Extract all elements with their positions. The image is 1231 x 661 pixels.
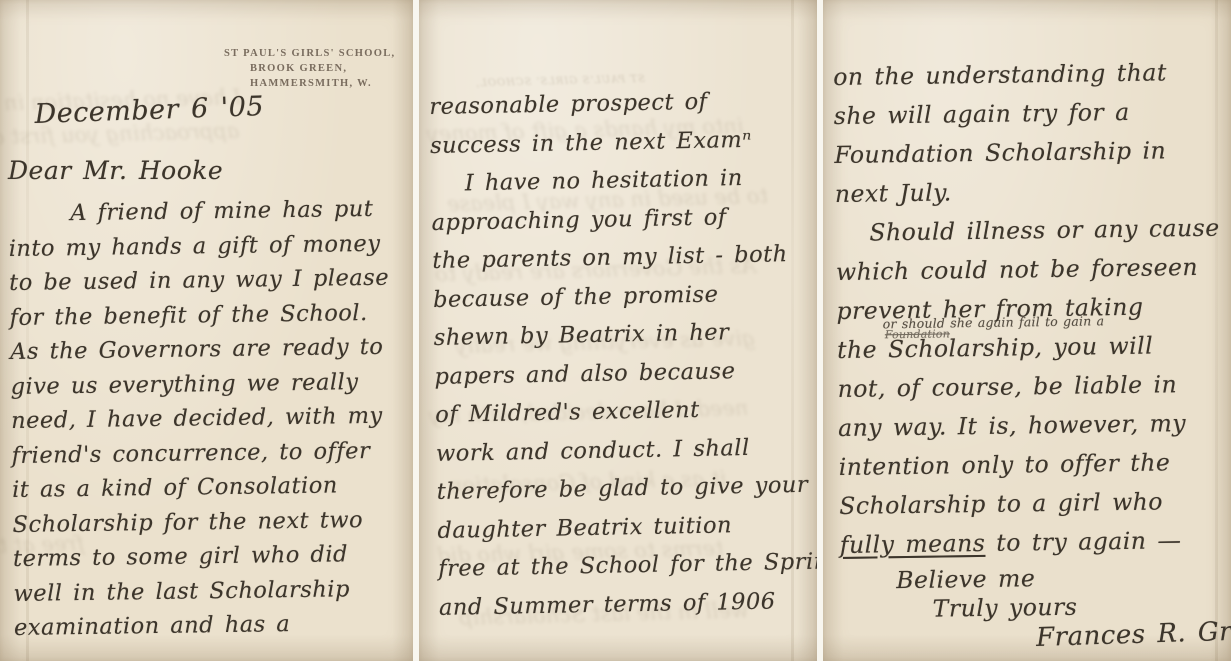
handwritten-line: into my hands a gift of money <box>8 226 413 266</box>
handwritten-line: terms to some girl who did <box>13 536 413 576</box>
struck-word: Foundation <box>885 328 950 341</box>
handwritten-line: Scholarship for the next two <box>12 502 413 542</box>
underline-rest: to try again — <box>985 526 1182 557</box>
handwritten-line: well in the last Scholarship <box>13 571 413 611</box>
page3-body: on the understanding that she will again… <box>833 52 1231 653</box>
closing-line: Believe me <box>896 561 1231 595</box>
handwritten-line: Scholarship to a girl who <box>839 481 1231 526</box>
date-line: December 6 '05 <box>34 86 413 130</box>
handwritten-line: and Summer terms of 1906 <box>439 581 817 627</box>
handwritten-line: A friend of mine has put <box>8 191 413 231</box>
handwritten-line: for the benefit of the School. <box>9 295 413 335</box>
handwritten-line: examination and has a <box>14 605 413 645</box>
interlinear-insertion: Foundation or should she again fail to g… <box>883 315 1105 330</box>
handwritten-line: need, I have decided, with my <box>11 398 413 438</box>
letterhead: ST PAUL'S GIRLS' SCHOOL, BROOK GREEN, HA… <box>224 46 413 91</box>
closing-block: Believe me Truly yours Frances R. Gray <box>840 561 1231 654</box>
handwritten-line: on the understanding that <box>833 52 1231 97</box>
handwritten-line: Foundation Scholarship in <box>834 130 1231 175</box>
handwritten-line: to be used in any way I please <box>9 260 413 300</box>
handwritten-line: it as a kind of Consolation <box>12 467 413 507</box>
page1-body: A friend of mine has put into my hands a… <box>8 191 413 645</box>
letter-scan: I have no hesitation in approaching you … <box>0 0 1231 661</box>
letterhead-school-name: ST PAUL'S GIRLS' SCHOOL, <box>224 46 413 61</box>
handwritten-line: not, of course, be liable in <box>837 364 1231 409</box>
letter-page-3: on the understanding that she will again… <box>823 0 1231 661</box>
underlined-phrase: fully means <box>840 529 986 559</box>
handwritten-line: which could not be foreseen <box>836 247 1231 292</box>
handwritten-line: she will again try for a <box>834 91 1231 136</box>
handwritten-line: Should illness or any cause <box>835 208 1231 253</box>
handwritten-line: give us everything we really <box>10 364 413 404</box>
letter-page-1: I have no hesitation in approaching you … <box>0 0 413 661</box>
handwritten-line: intention only to offer the <box>838 442 1231 487</box>
handwritten-line-with-insertion: Foundation or should she again fail to g… <box>837 325 1231 370</box>
handwritten-line: friend's concurrence, to offer <box>11 433 413 473</box>
letter-page-2: ST PAUL'S GIRLS' SCHOOL, into my hands a… <box>419 0 817 661</box>
page2-body: reasonable prospect of success in the ne… <box>429 81 817 627</box>
signature: Frances R. Gray <box>1036 618 1231 653</box>
handwritten-line-underlined: fully means to try again — <box>840 520 1231 565</box>
handwritten-line: next July. <box>835 169 1231 214</box>
handwritten-line: As the Governors are ready to <box>10 329 413 369</box>
salutation: Dear Mr. Hooke <box>8 156 413 185</box>
handwritten-line: any way. It is, however, my <box>838 403 1231 448</box>
